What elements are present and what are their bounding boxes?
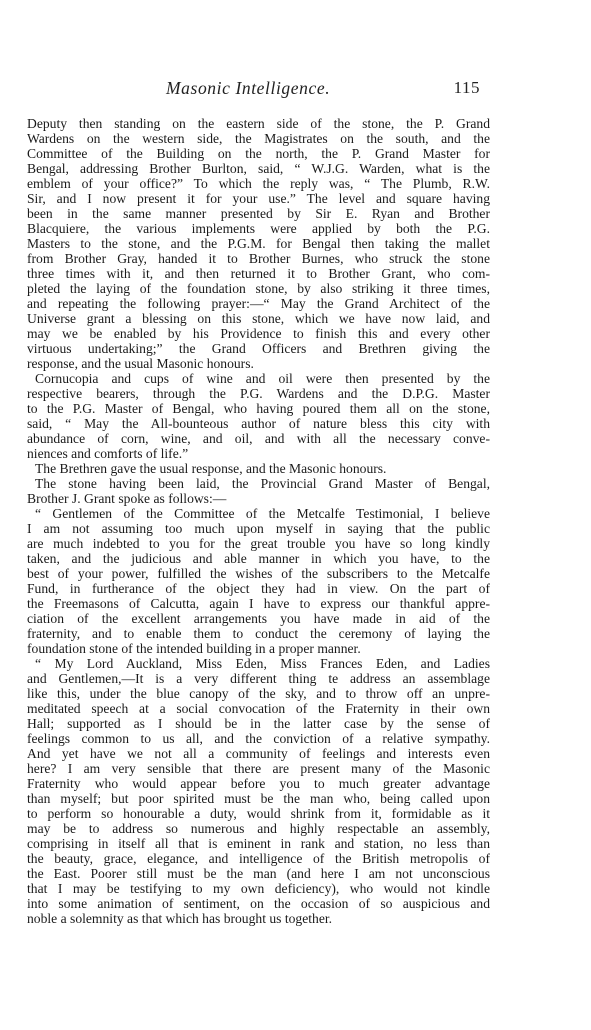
text-line: foundation stone of the intended buildin…	[27, 641, 490, 656]
text-line: emblem of your office?” To which the rep…	[27, 176, 490, 191]
text-line: three times with it, and then returned i…	[27, 266, 490, 281]
text-line: may be to address so numerous and highly…	[27, 821, 490, 836]
text-line: the Freemasons of Calcutta, again I have…	[27, 596, 490, 611]
text-line: to the P.G. Master of Bengal, who having…	[27, 401, 490, 416]
running-header: Masonic Intelligence. 115	[27, 78, 490, 100]
text-line: The Brethren gave the usual response, an…	[27, 461, 490, 476]
text-line: Cornucopia and cups of wine and oil were…	[27, 371, 490, 386]
text-line: been in the same manner presented by Sir…	[27, 206, 490, 221]
text-line: to perform so honourable a duty, would s…	[27, 806, 490, 821]
text-line: Sir, and I now present it for your use.”…	[27, 191, 490, 206]
text-line: Universe grant a blessing on this stone,…	[27, 311, 490, 326]
paragraph-2: Cornucopia and cups of wine and oil were…	[27, 371, 490, 461]
text-line: Wardens on the western side, the Magistr…	[27, 131, 490, 146]
text-line: niences and comforts of life.”	[27, 446, 490, 461]
text-line: I am not assuming too much upon myself i…	[27, 521, 490, 536]
text-line: feelings common to us all, and the convi…	[27, 731, 490, 746]
text-line: like this, under the blue canopy of the …	[27, 686, 490, 701]
text-line: response, and the usual Masonic honours.	[27, 356, 490, 371]
text-line: Fraternity who would appear before you t…	[27, 776, 490, 791]
text-line: “ My Lord Auckland, Miss Eden, Miss Fran…	[27, 656, 490, 671]
text-line: Committee of the Building on the north, …	[27, 146, 490, 161]
text-line: meditated speech at a social convocation…	[27, 701, 490, 716]
text-line: here? I am very sensible that there are …	[27, 761, 490, 776]
text-line: and repeating the following prayer:—“ Ma…	[27, 296, 490, 311]
text-line: abundance of corn, wine, and oil, and wi…	[27, 431, 490, 446]
paragraph-4: The stone having been laid, the Provinci…	[27, 476, 490, 506]
text-line: The stone having been laid, the Provinci…	[27, 476, 490, 491]
text-line: may we be enabled by his Providence to f…	[27, 326, 490, 341]
page-number: 115	[454, 78, 480, 98]
paragraph-5: “ Gentlemen of the Committee of the Metc…	[27, 506, 490, 656]
body-text: Deputy then standing on the eastern side…	[27, 116, 490, 926]
book-page: Masonic Intelligence. 115 Deputy then st…	[0, 0, 591, 1030]
text-line: respective bearers, through the P.G. War…	[27, 386, 490, 401]
text-line: are much indebted to you for the great t…	[27, 536, 490, 551]
text-line: Brother J. Grant spoke as follows:—	[27, 491, 490, 506]
text-line: Blacquiere, the various implements were …	[27, 221, 490, 236]
text-line: Fund, in furtherance of the object they …	[27, 581, 490, 596]
paragraph-1: Deputy then standing on the eastern side…	[27, 116, 490, 371]
text-line: from Brother Gray, handed it to Brother …	[27, 251, 490, 266]
text-line: fraternity, and to enable them to conduc…	[27, 626, 490, 641]
running-title: Masonic Intelligence.	[166, 78, 330, 99]
text-line: Hall; supported as I should be in the la…	[27, 716, 490, 731]
text-line: that I may be testifying to my own defic…	[27, 881, 490, 896]
paragraph-3: The Brethren gave the usual response, an…	[27, 461, 490, 476]
text-line: and Gentlemen,—It is a very different th…	[27, 671, 490, 686]
text-line: best of your power, fulfilled the wishes…	[27, 566, 490, 581]
text-line: said, “ May the All-bounteous author of …	[27, 416, 490, 431]
text-line: And yet have we not all a community of f…	[27, 746, 490, 761]
text-line: Masters to the stone, and the P.G.M. for…	[27, 236, 490, 251]
text-line: Deputy then standing on the eastern side…	[27, 116, 490, 131]
text-line: into some animation of sentiment, on the…	[27, 896, 490, 911]
text-line: comprising in itself all that is eminent…	[27, 836, 490, 851]
text-line: noble a solemnity as that which has brou…	[27, 911, 490, 926]
text-line: “ Gentlemen of the Committee of the Metc…	[27, 506, 490, 521]
text-line: the East. Poorer still must be the man (…	[27, 866, 490, 881]
text-line: virtuous undertaking;” the Grand Officer…	[27, 341, 490, 356]
text-line: the beauty, grace, elegance, and intelli…	[27, 851, 490, 866]
text-line: pleted the laying of the foundation ston…	[27, 281, 490, 296]
text-line: than myself; but poor spirited must be t…	[27, 791, 490, 806]
paragraph-6: “ My Lord Auckland, Miss Eden, Miss Fran…	[27, 656, 490, 926]
text-line: ciation of the excellent arrangements yo…	[27, 611, 490, 626]
text-line: taken, and the judicious and able manner…	[27, 551, 490, 566]
text-line: Bengal, addressing Brother Burlton, said…	[27, 161, 490, 176]
